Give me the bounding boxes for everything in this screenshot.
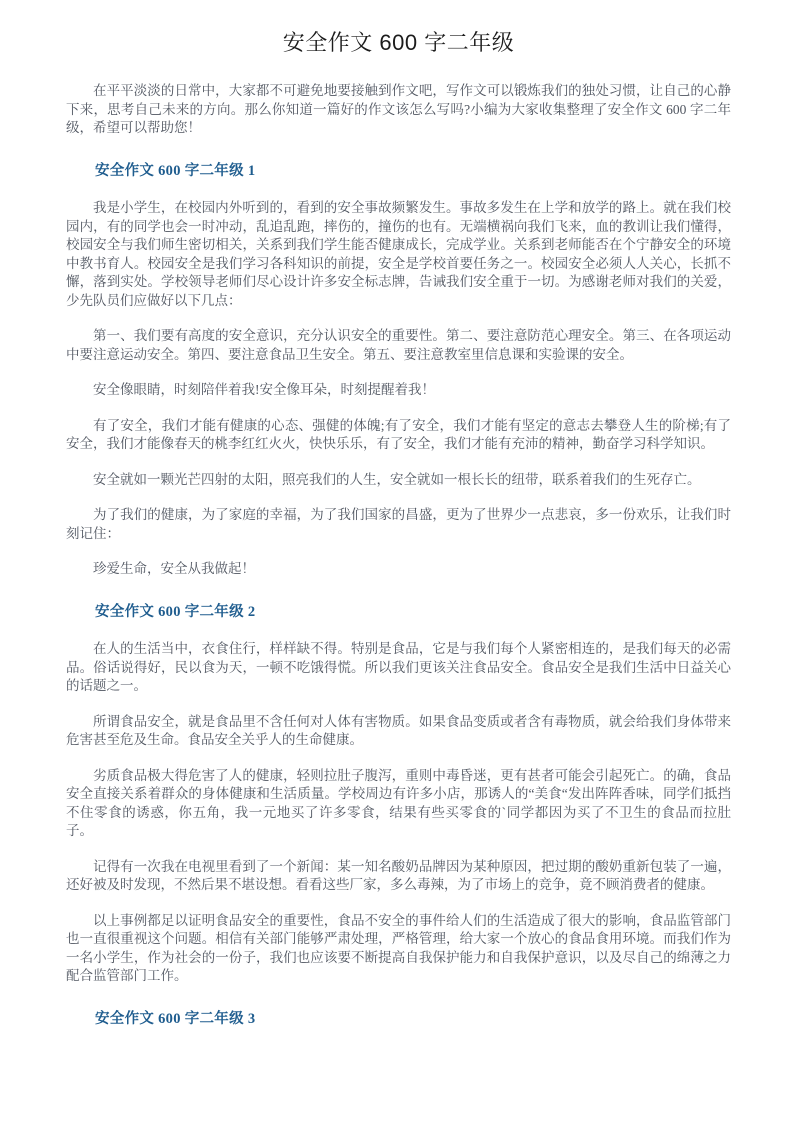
section-1-paragraph-3: 安全像眼睛，时刻陪伴着我!安全像耳朵，时刻提醒着我！ [66, 381, 731, 400]
section-1-paragraph-1: 我是小学生，在校园内外听到的，看到的安全事故频繁发生。事故多发生在上学和放学的路… [66, 199, 731, 310]
page-title: 安全作文 600 字二年级 [66, 28, 731, 58]
section-1-paragraph-2: 第一、我们要有高度的安全意识，充分认识安全的重要性。第二、要注意防范心理安全。第… [66, 327, 731, 364]
document-page: 安全作文 600 字二年级 在平平淡淡的日常中，大家都不可避免地要接触到作文吧，… [0, 0, 794, 1123]
section-2-paragraph-5: 以上事例都足以证明食品安全的重要性，食品不安全的事件给人们的生活造成了很大的影响… [66, 912, 731, 986]
section-2-paragraph-2: 所谓食品安全，就是食品里不含任何对人体有害物质。如果食品变质或者含有毒物质，就会… [66, 713, 731, 750]
section-3-heading: 安全作文 600 字二年级 3 [66, 1010, 731, 1029]
section-1-paragraph-4: 有了安全，我们才能有健康的心态、强健的体魄;有了安全，我们才能有坚定的意志去攀登… [66, 417, 731, 454]
section-2-paragraph-1: 在人的生活当中，衣食住行，样样缺不得。特别是食品，它是与我们每个人紧密相连的，是… [66, 640, 731, 696]
intro-paragraph: 在平平淡淡的日常中，大家都不可避免地要接触到作文吧，写作文可以锻炼我们的独处习惯… [66, 82, 731, 138]
section-2-paragraph-3: 劣质食品极大得危害了人的健康，轻则拉肚子腹泻，重则中毒昏迷，更有甚者可能会引起死… [66, 767, 731, 841]
section-1-paragraph-7: 珍爱生命，安全从我做起！ [66, 560, 731, 579]
section-1-paragraph-5: 安全就如一颗光芒四射的太阳，照亮我们的人生，安全就如一根长长的纽带，联系着我们的… [66, 471, 731, 490]
section-1-paragraph-6: 为了我们的健康，为了家庭的幸福，为了我们国家的昌盛，更为了世界少一点悲哀，多一份… [66, 506, 731, 543]
section-1-heading: 安全作文 600 字二年级 1 [66, 162, 731, 181]
section-2-paragraph-4: 记得有一次我在电视里看到了一个新闻：某一知名酸奶品牌因为某种原因，把过期的酸奶重… [66, 858, 731, 895]
section-2-heading: 安全作文 600 字二年级 2 [66, 603, 731, 622]
